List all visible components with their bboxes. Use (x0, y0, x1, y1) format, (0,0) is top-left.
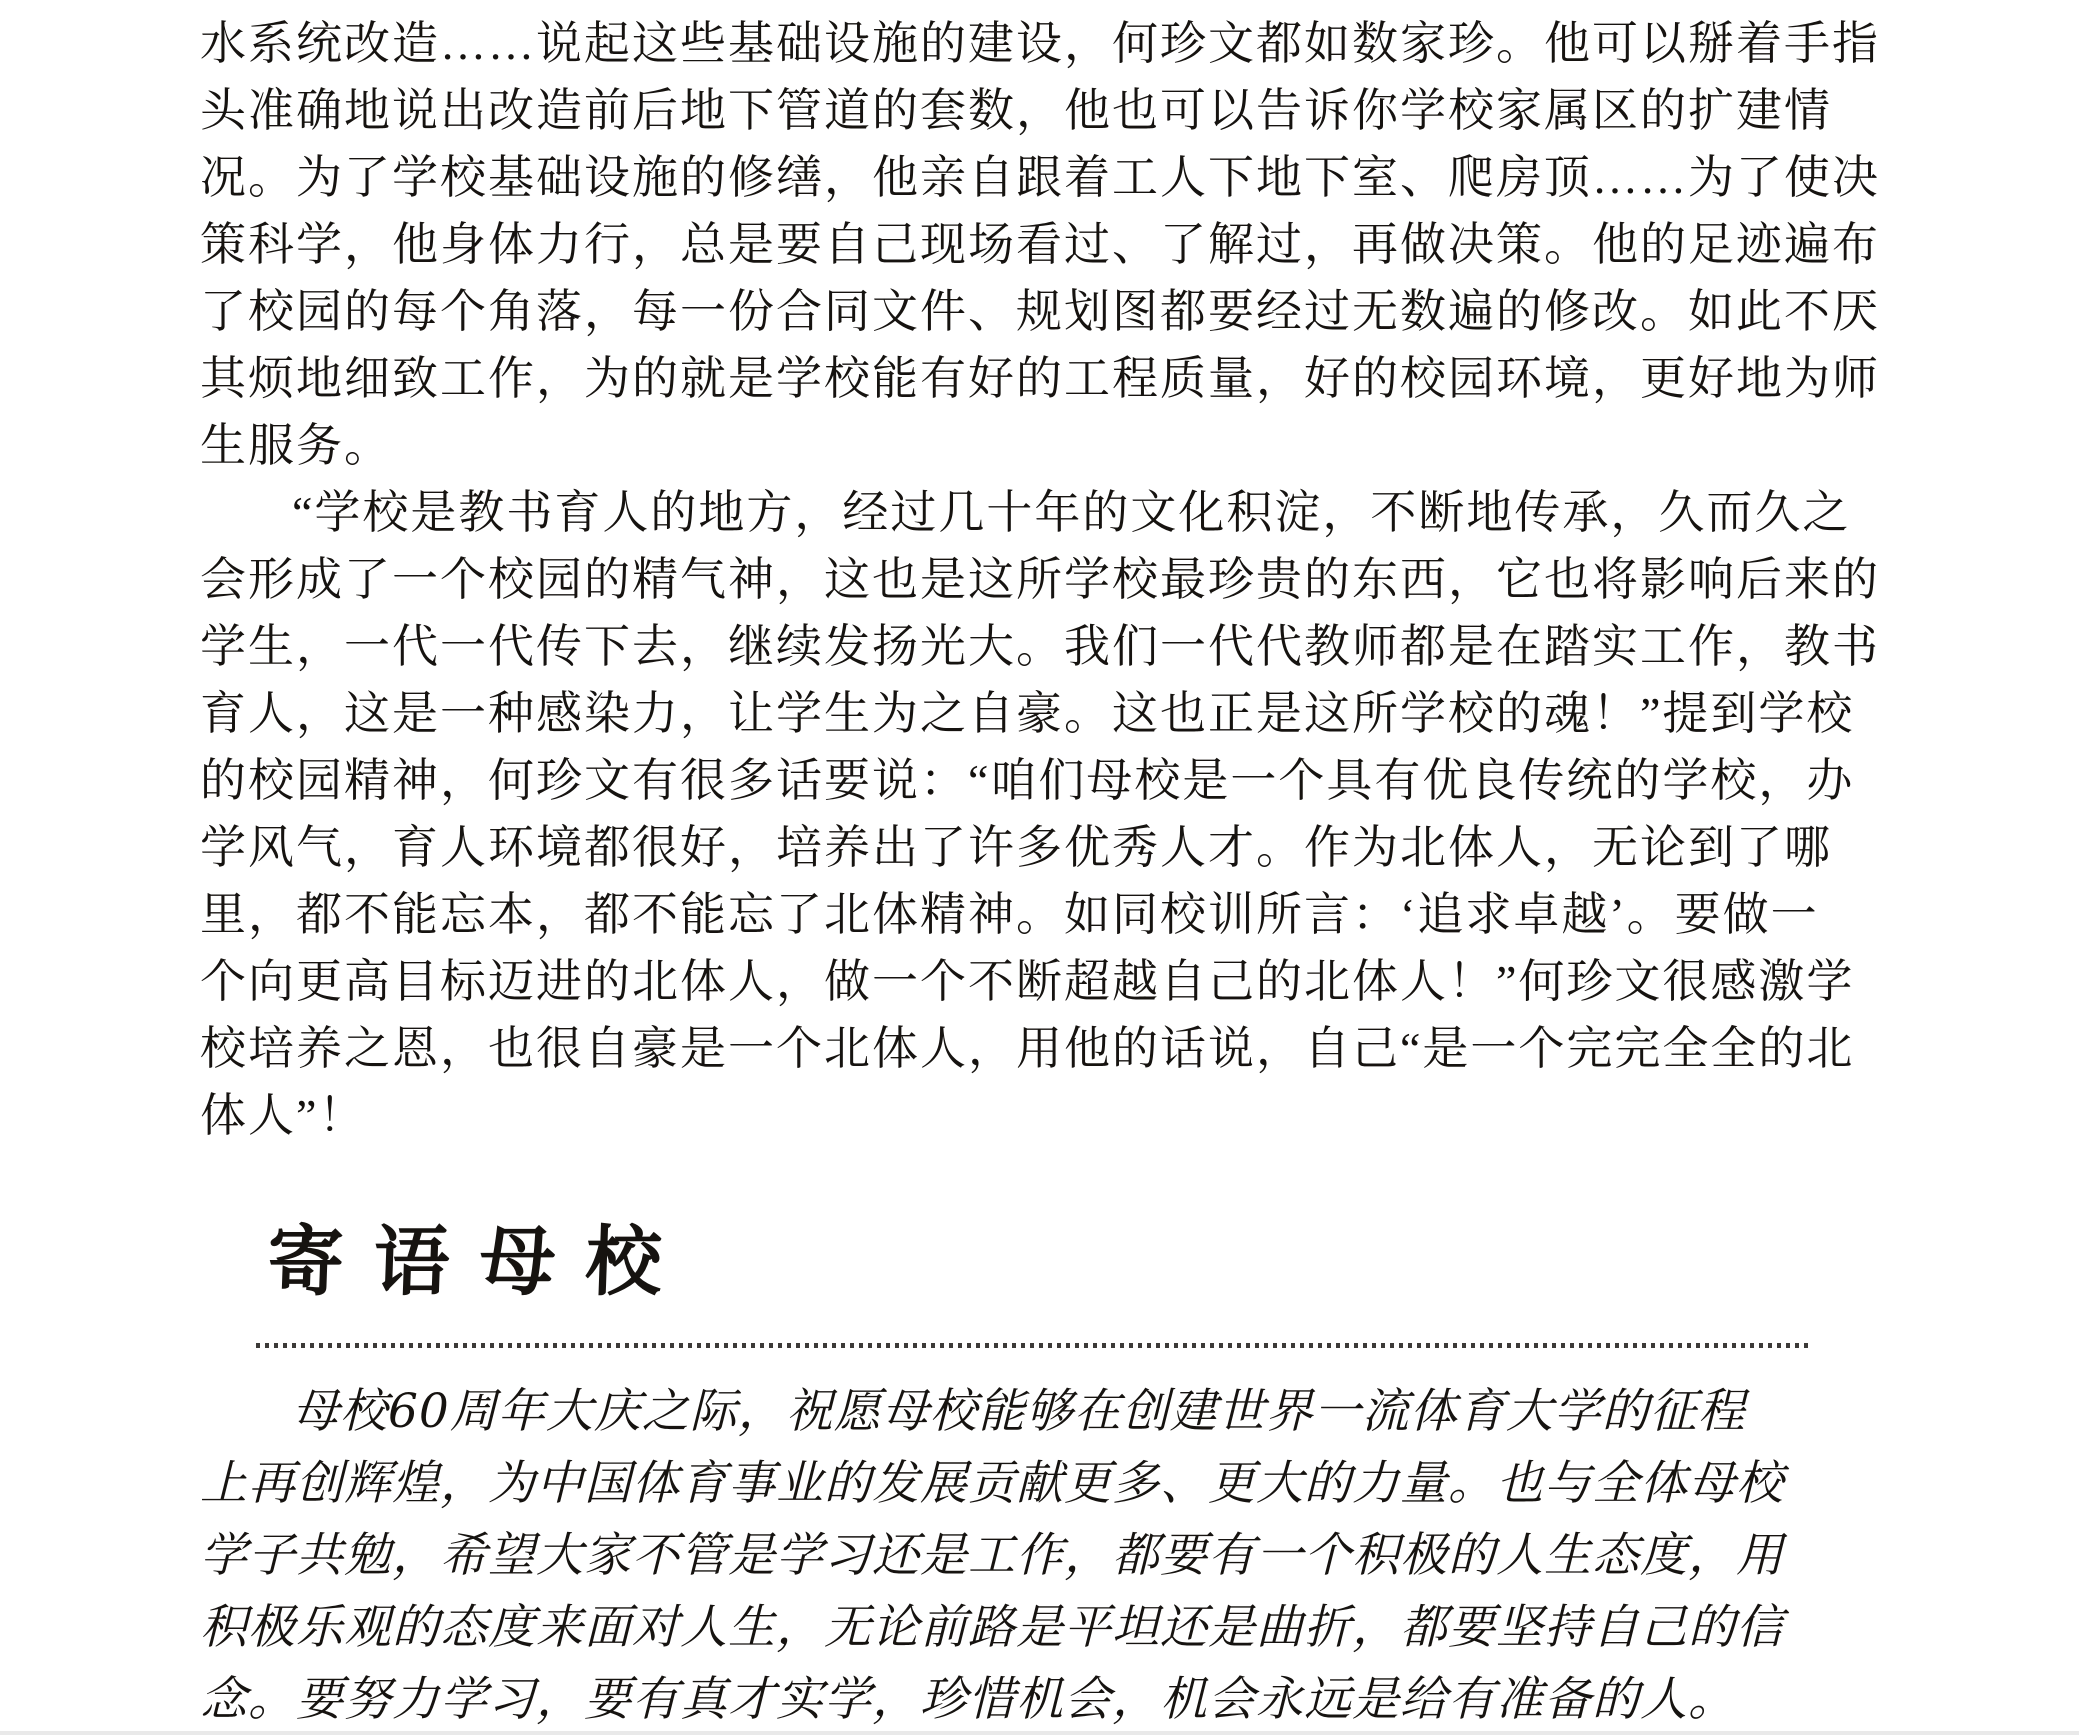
text-line: 校培养之恩，也很自豪是一个北体人，用他的话说，自己“是一个完完全全的北 (200, 1015, 1879, 1082)
text-line: 水系统改造……说起这些基础设施的建设，何珍文都如数家珍。他可以掰着手指 (200, 10, 1879, 77)
section-heading: 寄语母校 (266, 1219, 1882, 1307)
text-line: 策科学，他身体力行，总是要自己现场看过、了解过，再做决策。他的足迹遍布 (200, 211, 1879, 278)
text-line: 况。为了学校基础设施的修缮，他亲自跟着工人下地下室、爬房顶……为了使决 (200, 144, 1879, 211)
text-line: “学校是教书育人的地方，经过几十年的文化积淀，不断地传承，久而久之 (200, 479, 1879, 546)
text-line: 母校60周年大庆之际，祝愿母校能够在创建世界一流体育大学的征程 (200, 1376, 1879, 1448)
dotted-divider (256, 1343, 1812, 1348)
text-line: 头准确地说出改造前后地下管道的套数，他也可以告诉你学校家属区的扩建情 (200, 77, 1879, 144)
paragraph-school-spirit-quote: “学校是教书育人的地方，经过几十年的文化积淀，不断地传承，久而久之会形成了一个校… (200, 479, 1879, 1149)
text-line: 生服务。 (200, 412, 1879, 479)
text-line: 上再创辉煌，为中国体育事业的发展贡献更多、更大的力量。也与全体母校 (200, 1448, 1879, 1520)
text-line: 育人，这是一种感染力，让学生为之自豪。这也正是这所学校的魂！”提到学校 (200, 680, 1879, 747)
document-page: 水系统改造……说起这些基础设施的建设，何珍文都如数家珍。他可以掰着手指头准确地说… (0, 0, 2079, 1735)
text-line: 了校园的每个角落，每一份合同文件、规划图都要经过无数遍的修改。如此不厌 (200, 278, 1879, 345)
text-line: 念。要努力学习，要有真才实学，珍惜机会，机会永远是给有准备的人。 (200, 1664, 1879, 1735)
text-line: 个向更高目标迈进的北体人，做一个不断超越自己的北体人！”何珍文很感激学 (200, 948, 1879, 1015)
text-line: 积极乐观的态度来面对人生，无论前路是平坦还是曲折，都要坚持自己的信 (200, 1592, 1879, 1664)
text-line: 会形成了一个校园的精气神，这也是这所学校最珍贵的东西，它也将影响后来的 (200, 546, 1879, 613)
text-line: 的校园精神，何珍文有很多话要说：“咱们母校是一个具有优良传统的学校，办 (200, 747, 1879, 814)
text-line: 学风气，育人环境都很好，培养出了许多优秀人才。作为北体人，无论到了哪 (200, 814, 1879, 881)
paragraph-infrastructure: 水系统改造……说起这些基础设施的建设，何珍文都如数家珍。他可以掰着手指头准确地说… (200, 10, 1879, 479)
text-line: 里，都不能忘本，都不能忘了北体精神。如同校训所言：‘追求卓越’。要做一 (200, 881, 1879, 948)
text-line: 其烦地细致工作，为的就是学校能有好的工程质量，好的校园环境，更好地为师 (200, 345, 1879, 412)
text-line: 体人”！ (200, 1082, 1879, 1149)
page-bottom-edge (0, 1731, 2079, 1735)
text-line: 学生，一代一代传下去，继续发扬光大。我们一代代教师都是在踏实工作，教书 (200, 613, 1879, 680)
text-line: 学子共勉，希望大家不管是学习还是工作，都要有一个积极的人生态度，用 (200, 1520, 1879, 1592)
closing-paragraph: 母校60周年大庆之际，祝愿母校能够在创建世界一流体育大学的征程上再创辉煌，为中国… (200, 1376, 1879, 1735)
